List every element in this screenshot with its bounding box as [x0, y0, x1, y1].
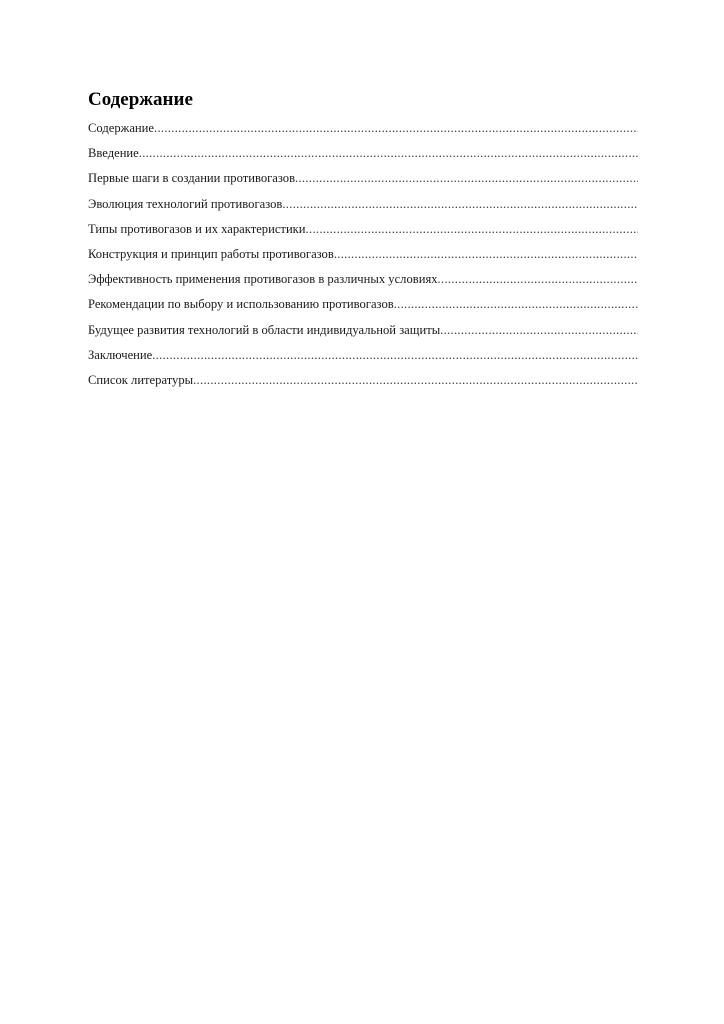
toc-entry-first-steps[interactable]: Первые шаги в создании противогазов [88, 168, 638, 193]
toc-entry-label: Список литературы [88, 370, 193, 390]
toc-entry-label: Эволюция технологий противогазов [88, 194, 282, 214]
toc-heading: Содержание [88, 88, 193, 112]
dot-leader [334, 244, 638, 264]
table-of-contents: Содержание Введение Первые шаги в создан… [88, 118, 638, 395]
toc-entry-label: Заключение [88, 345, 152, 365]
dot-leader [154, 118, 638, 138]
dot-leader [152, 345, 638, 365]
toc-entry-label: Содержание [88, 118, 154, 138]
toc-entry-label: Эффективность применения противогазов в … [88, 269, 438, 289]
toc-entry-contents[interactable]: Содержание [88, 118, 638, 143]
toc-entry-label: Первые шаги в создании противогазов [88, 168, 295, 188]
dot-leader [193, 370, 638, 390]
toc-entry-label: Конструкция и принцип работы противогазо… [88, 244, 334, 264]
document-page: Содержание Содержание Введение Первые ша… [0, 0, 724, 1024]
dot-leader [295, 168, 638, 188]
dot-leader [306, 219, 638, 239]
toc-entry-introduction[interactable]: Введение [88, 143, 638, 168]
toc-entry-label: Будущее развития технологий в области ин… [88, 320, 440, 340]
toc-entry-types[interactable]: Типы противогазов и их характеристики [88, 219, 638, 244]
toc-entry-label: Типы противогазов и их характеристики [88, 219, 306, 239]
toc-entry-references[interactable]: Список литературы [88, 370, 638, 395]
toc-entry-effectiveness[interactable]: Эффективность применения противогазов в … [88, 269, 638, 294]
dot-leader [438, 269, 638, 289]
dot-leader [282, 194, 638, 214]
toc-entry-label: Введение [88, 143, 139, 163]
toc-entry-construction[interactable]: Конструкция и принцип работы противогазо… [88, 244, 638, 269]
dot-leader [440, 320, 638, 340]
dot-leader [139, 143, 638, 163]
toc-entry-conclusion[interactable]: Заключение [88, 345, 638, 370]
toc-entry-evolution[interactable]: Эволюция технологий противогазов [88, 194, 638, 219]
toc-entry-future[interactable]: Будущее развития технологий в области ин… [88, 320, 638, 345]
dot-leader [394, 294, 638, 314]
toc-entry-recommendations[interactable]: Рекомендации по выбору и использованию п… [88, 294, 638, 319]
toc-entry-label: Рекомендации по выбору и использованию п… [88, 294, 394, 314]
